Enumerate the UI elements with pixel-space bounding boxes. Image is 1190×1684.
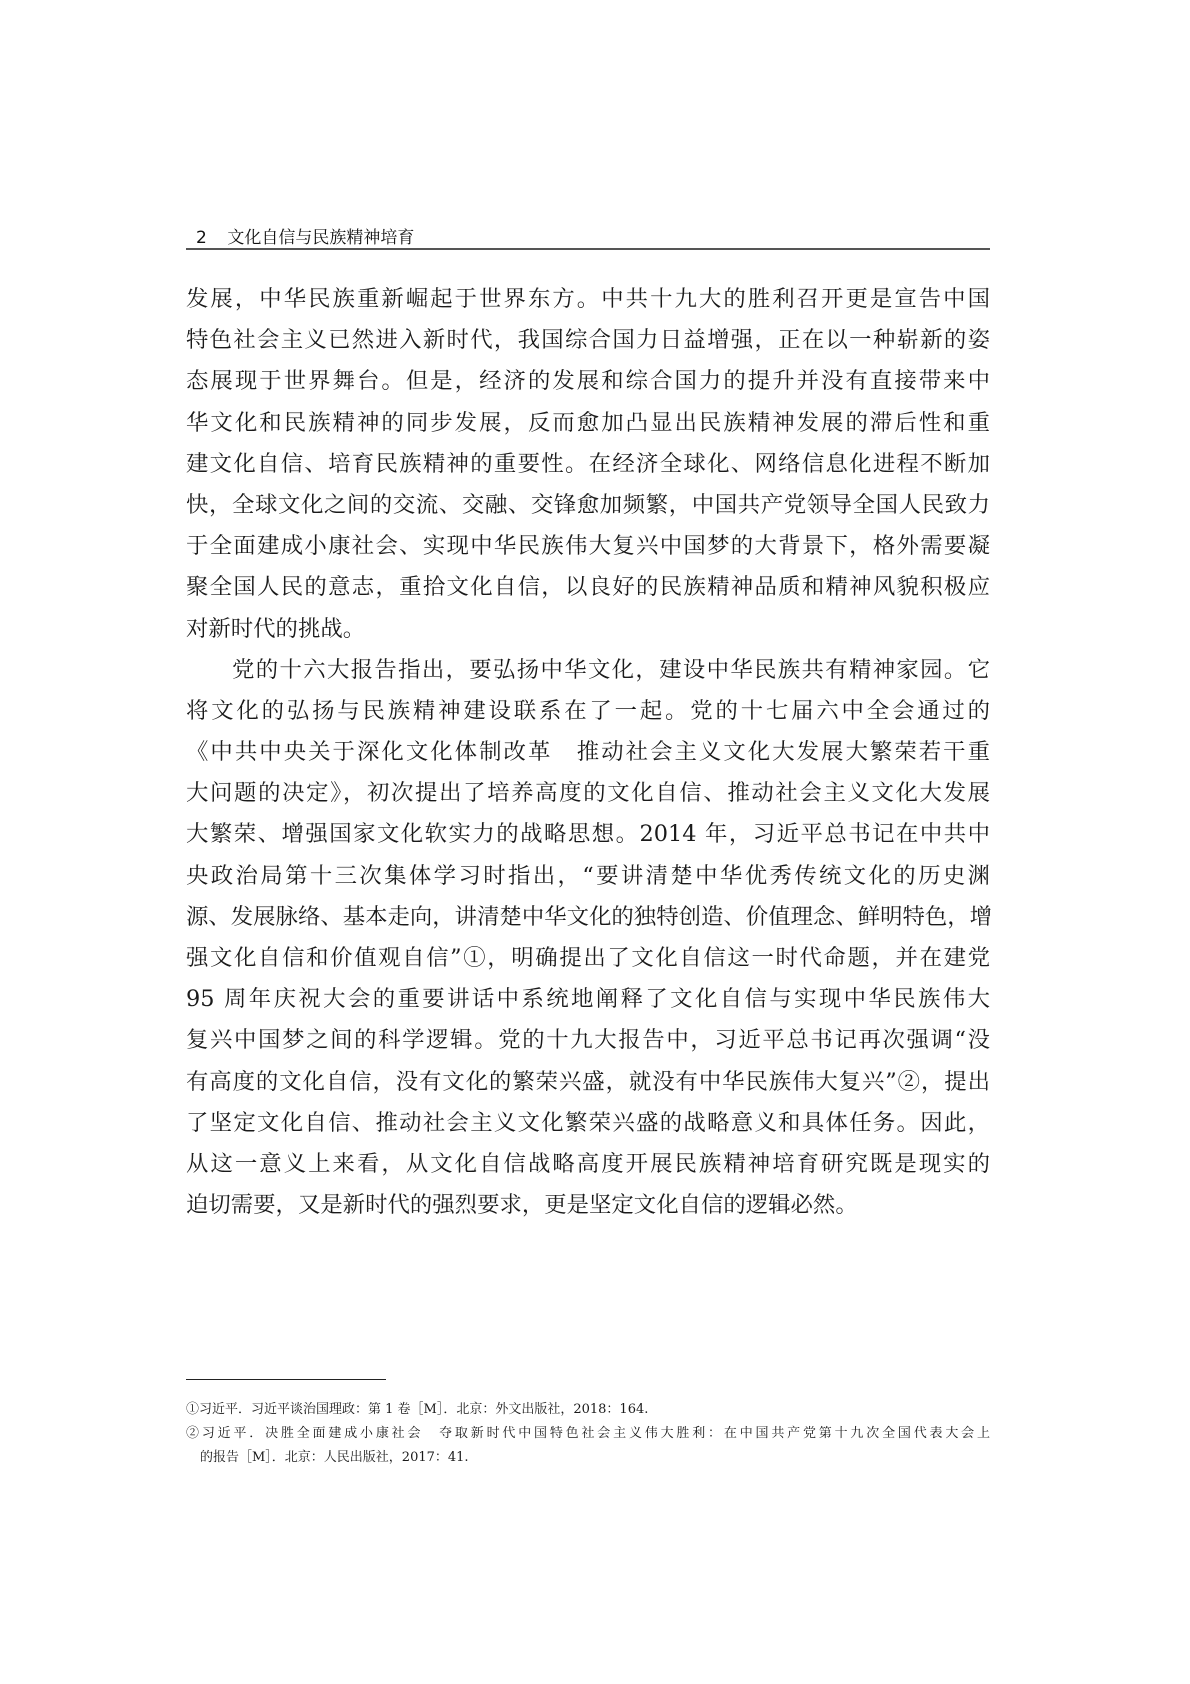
page-number: 2 — [196, 226, 222, 250]
text-line: 将文化的弘扬与民族精神建设联系在了一起。党的十七届六中全会通过的 — [186, 691, 990, 732]
text-line: 有高度的文化自信，没有文化的繁荣兴盛，就没有中华民族伟大复兴”②，提出 — [186, 1062, 990, 1103]
text-line: 快，全球文化之间的交流、交融、交锋愈加频繁，中国共产党领导全国人民致力 — [186, 485, 990, 526]
footnotes: ①习近平．习近平谈治国理政：第 1 卷［M］．北京：外文出版社，2018：164… — [186, 1398, 990, 1470]
text-line: 态展现于世界舞台。但是，经济的发展和综合国力的提升并没有直接带来中 — [186, 361, 990, 402]
text-line: 聚全国人民的意志，重拾文化自信，以良好的民族精神品质和精神风貌积极应 — [186, 567, 990, 608]
footnote-line: ②习近平．决胜全面建成小康社会 夺取新时代中国特色社会主义伟大胜利：在中国共产党… — [186, 1422, 990, 1446]
text-line: 华文化和民族精神的同步发展，反而愈加凸显出民族精神发展的滞后性和重 — [186, 403, 990, 444]
text-line: 特色社会主义已然进入新时代，我国综合国力日益增强，正在以一种崭新的姿 — [186, 320, 990, 361]
paragraph-2: 党的十六大报告指出，要弘扬中华文化，建设中华民族共有精神家园。它 将文化的弘扬与… — [186, 650, 990, 1227]
footnote-line: ①习近平．习近平谈治国理政：第 1 卷［M］．北京：外文出版社，2018：164… — [186, 1398, 990, 1422]
text-line: 于全面建成小康社会、实现中华民族伟大复兴中国梦的大背景下，格外需要凝 — [186, 526, 990, 567]
text-line: 央政治局第十三次集体学习时指出，“要讲清楚中华优秀传统文化的历史渊 — [186, 856, 990, 897]
header-divider — [186, 248, 990, 250]
body-text: 发展，中华民族重新崛起于世界东方。中共十九大的胜利召开更是宣告中国 特色社会主义… — [186, 279, 990, 1226]
text-line: 大繁荣、增强国家文化软实力的战略思想。2014 年，习近平总书记在中共中 — [186, 814, 990, 855]
footnote-divider — [186, 1379, 386, 1380]
footnote-1: ①习近平．习近平谈治国理政：第 1 卷［M］．北京：外文出版社，2018：164… — [186, 1398, 990, 1422]
text-line: 党的十六大报告指出，要弘扬中华文化，建设中华民族共有精神家园。它 — [186, 650, 990, 691]
text-line: 强文化自信和价值观自信”①，明确提出了文化自信这一时代命题，并在建党 — [186, 938, 990, 979]
text-line: 复兴中国梦之间的科学逻辑。党的十九大报告中，习近平总书记再次强调“没 — [186, 1020, 990, 1061]
text-line: 《中共中央关于深化文化体制改革 推动社会主义文化大发展大繁荣若干重 — [186, 732, 990, 773]
book-page: 2 文化自信与民族精神培育 发展，中华民族重新崛起于世界东方。中共十九大的胜利召… — [0, 0, 1190, 1684]
running-header: 2 文化自信与民族精神培育 — [196, 226, 990, 250]
paragraph-1: 发展，中华民族重新崛起于世界东方。中共十九大的胜利召开更是宣告中国 特色社会主义… — [186, 279, 990, 650]
footnote-2: ②习近平．决胜全面建成小康社会 夺取新时代中国特色社会主义伟大胜利：在中国共产党… — [186, 1422, 990, 1470]
text-line: 发展，中华民族重新崛起于世界东方。中共十九大的胜利召开更是宣告中国 — [186, 279, 990, 320]
text-line: 建文化自信、培育民族精神的重要性。在经济全球化、网络信息化进程不断加 — [186, 444, 990, 485]
text-line: 源、发展脉络、基本走向，讲清楚中华文化的独特创造、价值理念、鲜明特色，增 — [186, 897, 990, 938]
footnote-line: 的报告［M］．北京：人民出版社，2017：41. — [186, 1446, 990, 1470]
text-line: 了坚定文化自信、推动社会主义文化繁荣兴盛的战略意义和具体任务。因此， — [186, 1103, 990, 1144]
text-line: 迫切需要，又是新时代的强烈要求，更是坚定文化自信的逻辑必然。 — [186, 1185, 990, 1226]
text-line: 从这一意义上来看，从文化自信战略高度开展民族精神培育研究既是现实的 — [186, 1144, 990, 1185]
text-line: 95 周年庆祝大会的重要讲话中系统地阐释了文化自信与实现中华民族伟大 — [186, 979, 990, 1020]
book-title: 文化自信与民族精神培育 — [227, 226, 414, 250]
text-line: 对新时代的挑战。 — [186, 609, 990, 650]
text-line: 大问题的决定》，初次提出了培养高度的文化自信、推动社会主义文化大发展 — [186, 773, 990, 814]
